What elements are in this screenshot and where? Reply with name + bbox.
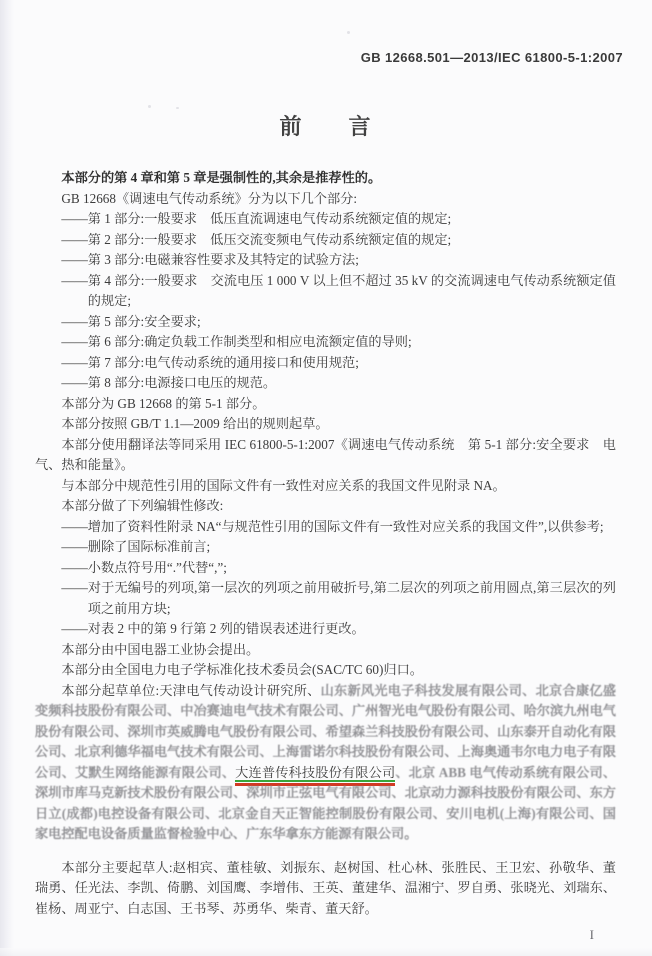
series-part-3: ——第 3 部分:电磁兼容性要求及其特定的试验方法; [35, 250, 616, 271]
scan-speck [148, 105, 151, 108]
main-drafters: 本部分主要起草人:赵相宾、董桂敏、刘振东、赵树国、杜心林、张胜民、王卫宏、孙敬华… [35, 858, 616, 920]
scan-edge-left [0, 0, 14, 956]
mandatory-clause-note: 本部分的第 4 章和第 5 章是强制性的,其余是推荐性的。 [35, 168, 616, 189]
series-part-6: ——第 6 部分:确定负载工作制类型和相应电流额定值的导则; [35, 332, 616, 353]
editorial-change-4: ——对于无编号的列项,第一层次的列项之前用破折号,第二层次的列项之前用圆点,第三… [35, 578, 616, 619]
series-part-7: ——第 7 部分:电气传动系统的通用接口和使用规范; [35, 353, 616, 374]
iec-adoption: 本部分使用翻译法等同采用 IEC 61800-5-1:2007《调速电气传动系统… [35, 435, 616, 476]
editorial-change-5: ——对表 2 中的第 9 行第 2 列的错误表述进行更改。 [35, 619, 616, 640]
series-intro: GB 12668《调速电气传动系统》分为以下几个部分: [35, 189, 616, 210]
editorial-changes-intro: 本部分做了下列编辑性修改: [35, 496, 616, 517]
drafting-organizations: 本部分起草单位:天津电气传动设计研究所、山东新风光电子科技发展有限公司、北京合康… [35, 681, 616, 845]
drafting-rule: 本部分按照 GB/T 1.1—2009 给出的规则起草。 [35, 414, 616, 435]
proposer: 本部分由中国电器工业协会提出。 [35, 640, 616, 661]
annex-na-note: 与本部分中规范性引用的国际文件有一致性对应关系的我国文件见附录 NA。 [35, 476, 616, 497]
company-list-lead: 本部分起草单位:天津电气传动设计研究所、 [61, 683, 320, 698]
page-number: I [590, 927, 594, 943]
series-part-4: ——第 4 部分:一般要求 交流电压 1 000 V 以上但不超过 35 kV … [35, 271, 616, 312]
editorial-change-3: ——小数点符号用“.”代替“,”; [35, 558, 616, 579]
scan-speck [347, 31, 350, 34]
series-part-8: ——第 8 部分:电源接口电压的规范。 [35, 373, 616, 394]
editorial-change-2: ——删除了国际标准前言; [35, 537, 616, 558]
series-part-5: ——第 5 部分:安全要求; [35, 312, 616, 333]
series-part-2: ——第 2 部分:一般要求 低压交流变频电气传动系统额定值的规定; [35, 230, 616, 251]
standard-code-header: GB 12668.501—2013/IEC 61800-5-1:2007 [361, 50, 623, 65]
part-statement: 本部分为 GB 12668 的第 5-1 部分。 [35, 394, 616, 415]
marked-company-name: 大连普传科技股份有限公司 [235, 765, 395, 786]
editorial-change-1: ——增加了资料性附录 NA“与规范性引用的国际文件有一致性对应关系的我国文件”,… [35, 517, 616, 538]
page-title: 前 言 [35, 110, 616, 141]
series-part-1: ——第 1 部分:一般要求 低压直流调速电气传动系统额定值的规定; [35, 209, 616, 230]
scan-speck [176, 107, 179, 109]
centralized-by: 本部分由全国电力电子学标准化技术委员会(SAC/TC 60)归口。 [35, 660, 616, 681]
scan-edge-bottom [0, 948, 652, 956]
document-body: 本部分的第 4 章和第 5 章是强制性的,其余是推荐性的。GB 12668《调速… [35, 168, 616, 919]
